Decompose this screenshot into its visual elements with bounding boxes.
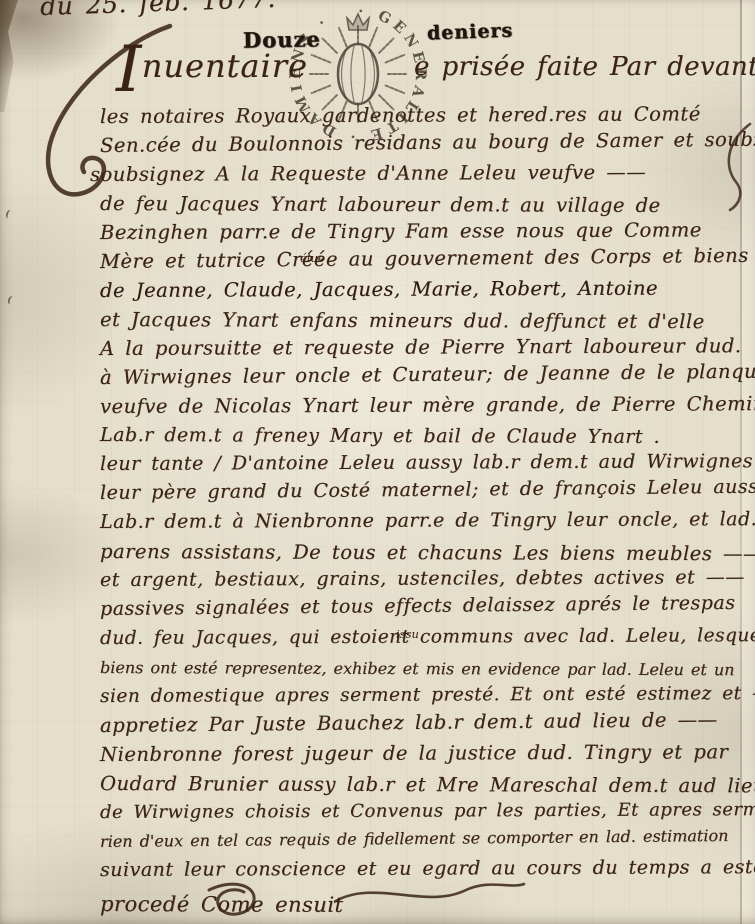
- manuscript-line: Mère et tutrice Créée au gouvernement de…: [100, 241, 750, 276]
- manuscript-line: appretiez Par Juste Bauchez lab.r dem.t …: [100, 705, 750, 740]
- torn-corner: [0, 0, 18, 112]
- manuscript-line: leur père grand du Costé maternel; et de…: [100, 473, 750, 508]
- manuscript-line: Lab.r dem.t à Nienbronne parr.e de Tingr…: [100, 505, 750, 537]
- opening-initial: I: [116, 33, 142, 107]
- interlinear-insertion: élue: [300, 251, 325, 265]
- manuscript-line: soubsignez A la Requeste d'Anne Leleu ve…: [90, 157, 750, 189]
- interlinear-insertion: issu: [396, 627, 419, 641]
- manuscript-line: rien d'eux en tel cas requis de fidellem…: [100, 821, 750, 856]
- manuscript-line: dud. feu Jacques, qui estoient communs a…: [100, 621, 750, 653]
- manuscript-line: de Jeanne, Claude, Jacques, Marie, Rober…: [100, 273, 750, 305]
- seal-center-oval: [338, 44, 378, 104]
- margin-mark: [7, 295, 16, 306]
- manuscript-line: procedé Come ensuit: [100, 890, 750, 921]
- seal-oval-hatching: [342, 46, 375, 102]
- opening-line: Inuentaire: [116, 38, 308, 102]
- date-header: du 25. feb. 1677.: [40, 0, 277, 21]
- opening-line-continuation: e prisée faite Par devant —: [414, 52, 755, 82]
- manuscript-line: passives signalées et tous effects delai…: [100, 589, 750, 624]
- manuscript-body: les notaires Royaux gardenottes et hered…: [100, 102, 750, 919]
- opening-word: nuentaire: [142, 47, 308, 85]
- manuscript-line: à Wirwignes leur oncle et Curateur; de J…: [100, 357, 750, 392]
- margin-mark: [5, 209, 14, 220]
- manuscript-page: du 25. feb. 1677. Douze deniers · GENERA…: [0, 0, 755, 924]
- manuscript-line: suivant leur conscience et eu egard au c…: [100, 853, 750, 885]
- manuscript-line: Sen.cée du Boulonnois residans au bourg …: [100, 125, 750, 160]
- manuscript-line: veufve de Nicolas Ynart leur mère grande…: [100, 389, 750, 421]
- manuscript-line: Nienbronne forest jugeur de la justice d…: [100, 737, 750, 769]
